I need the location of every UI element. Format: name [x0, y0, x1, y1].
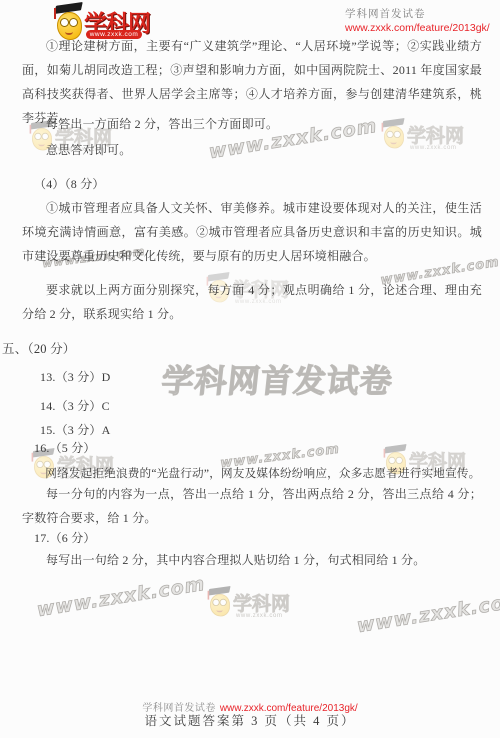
scoring-note: 意思答对即可。 — [22, 138, 482, 162]
watermark-url: www.zxxk.com — [35, 573, 207, 621]
issue-url: www.zxxk.com/feature/2013gk/ — [345, 22, 490, 34]
watermark-url: www.zxxk.com — [355, 589, 500, 637]
zxxk-mascot-icon — [206, 586, 233, 618]
scoring-note: 每一分句的内容为一点，答出一点给 1 分，答出两点给 2 分，答出三点给 4 分… — [22, 482, 482, 530]
question-label-16: 16.（5 分） — [22, 436, 482, 460]
issue-label: 学科网首发试卷 — [345, 6, 490, 21]
footer-page-number: 语文试题答案第 3 页（共 4 页） — [0, 711, 500, 729]
scoring-note: 每答出一方面给 2 分，答出三个方面即可。 — [22, 112, 482, 136]
header-issue-info: 学科网首发试卷 www.zxxk.com/feature/2013gk/ — [345, 6, 490, 34]
zxxk-mascot-icon — [52, 2, 86, 42]
section-heading-five: 五、（20 分） — [2, 337, 462, 361]
brand-site-pill: www.zxxk.com — [86, 30, 142, 39]
question-label-4: （4）（8 分） — [22, 172, 482, 196]
answer-paragraph-city: ①城市管理者应具备人文关怀、审美修养。城市建设要体现对人的关注，使生活环境充满诗… — [22, 196, 482, 268]
watermark-logo: 学科网 www.zxxk.com — [206, 586, 302, 626]
question-label-17: 17.（6 分） — [22, 526, 482, 550]
scoring-note: 每写出一句给 2 分，其中内容合理拟人贴切给 1 分，句式相同给 1 分。 — [22, 548, 482, 572]
scoring-note: 要求就以上两方面分别探究，每方面 4 分；观点明确给 1 分，论述合理、理由充分… — [22, 278, 482, 326]
exam-answer-page: 学科网 www.zxxk.com 学科网首发试卷 www.zxxk.com/fe… — [0, 0, 500, 738]
zxxk-logo: 学科网 www.zxxk.com — [52, 2, 144, 40]
answer-item-13: 13.（3 分）D — [22, 365, 482, 389]
page-footer: 学科网首发试卷www.zxxk.com/feature/2013gk/ 语文试题… — [0, 699, 500, 729]
answer-item-14: 14.（3 分）C — [22, 394, 482, 418]
